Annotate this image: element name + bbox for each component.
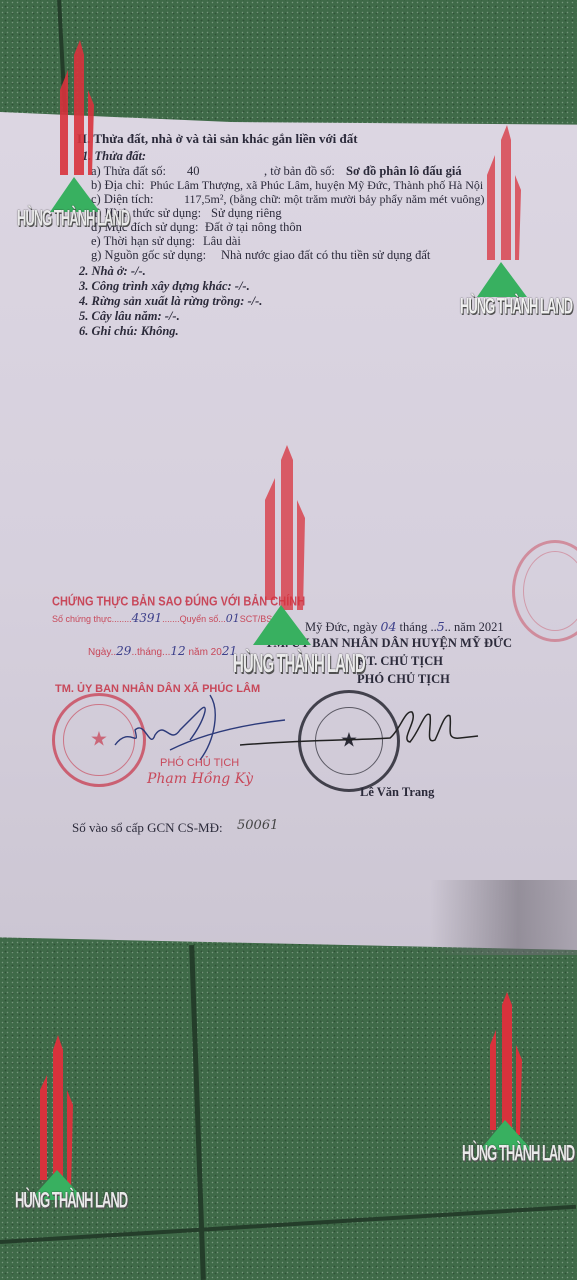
watermark-text: HÙNG THÀNH LAND [233,650,365,679]
detail-value: Đất ở tại nông thôn [205,221,302,234]
registry-label: Số vào sổ cấp GCN CS-MĐ: [72,821,223,834]
issuance-year: năm 2021 [454,620,504,634]
detail-label: g) Nguồn gốc sử dụng: [91,249,206,262]
date-month-label: tháng [137,647,162,658]
section-perennial-trees: 5. Cây lâu năm: -/-. [79,310,180,323]
hung-thanh-mark-icon [225,440,355,645]
watermark-logo: HÙNG THÀNH LAND [460,990,570,1200]
commune-position: PHÓ CHỦ TỊCH [160,758,239,769]
issuance-month-label: tháng [400,620,428,634]
hung-thanh-mark-icon [455,120,565,300]
section-house: 2. Nhà ở: -/-. [79,265,146,278]
certification-number-value: 4391 [132,611,163,625]
date-month: 12 [170,644,185,658]
district-role-1: KT. CHỦ TỊCH [357,655,443,668]
district-signer: Lê Văn Trang [360,786,434,799]
watermark-text: HÙNG THÀNH LAND [460,293,572,319]
detail-value: Sơ đồ phân lô đấu giá [346,165,462,178]
hand-shadow [430,880,577,955]
date-day: 29 [116,644,131,658]
watermark-logo: HÙNG THÀNH LAND [225,440,355,690]
hung-thanh-mark-icon [12,35,122,215]
watermark-logo: HÙNG THÀNH LAND [455,120,565,335]
detail-label: , tờ bản đồ số: [264,165,335,178]
date-year-label: năm 20 [188,647,221,658]
district-role-2: PHÓ CHỦ TỊCH [357,673,450,686]
watermark-text: HÙNG THÀNH LAND [17,205,129,231]
detail-value: 40 [187,165,200,178]
issuance-month: 5 [437,619,445,634]
watermark-logo: HÙNG THÀNH LAND [12,35,122,250]
date-day-label: Ngày [88,647,111,658]
certification-number-label: Số chứng thực [52,614,112,624]
hung-thanh-mark-icon [460,990,570,1160]
book-label: Quyển số [180,614,219,624]
issuance-day: 04 [381,619,397,634]
certification-date: Ngày..29..tháng...12 năm 2021 [88,645,237,658]
section-production-forest: 4. Rừng sản xuất là rừng trồng: -/-. [79,295,262,308]
detail-value: 117,5m², (bằng chữ: một trăm mười bảy ph… [184,193,484,205]
detail-value: Phúc Lâm Thượng, xã Phúc Lâm, huyện Mỹ Đ… [150,179,483,191]
detail-value: Sử dụng riêng [211,207,282,220]
watermark-text: HÙNG THÀNH LAND [462,1140,574,1166]
hung-thanh-mark-icon [15,1030,125,1200]
commune-signer: Phạm Hồng Kỳ [147,772,253,786]
section-notes: 6. Ghi chú: Không. [79,325,179,338]
detail-value: Nhà nước giao đất có thu tiền sử dụng đấ… [221,249,430,262]
section-other-structures: 3. Công trình xây dựng khác: -/-. [79,280,250,293]
watermark-text: HÙNG THÀNH LAND [15,1187,127,1213]
star-emblem-icon: ★ [90,726,108,751]
district-signature [240,700,480,760]
detail-value: Lâu dài [203,235,241,248]
registry-value: 50061 [237,819,278,832]
watermark-logo: HÙNG THÀNH LAND [15,1030,125,1240]
